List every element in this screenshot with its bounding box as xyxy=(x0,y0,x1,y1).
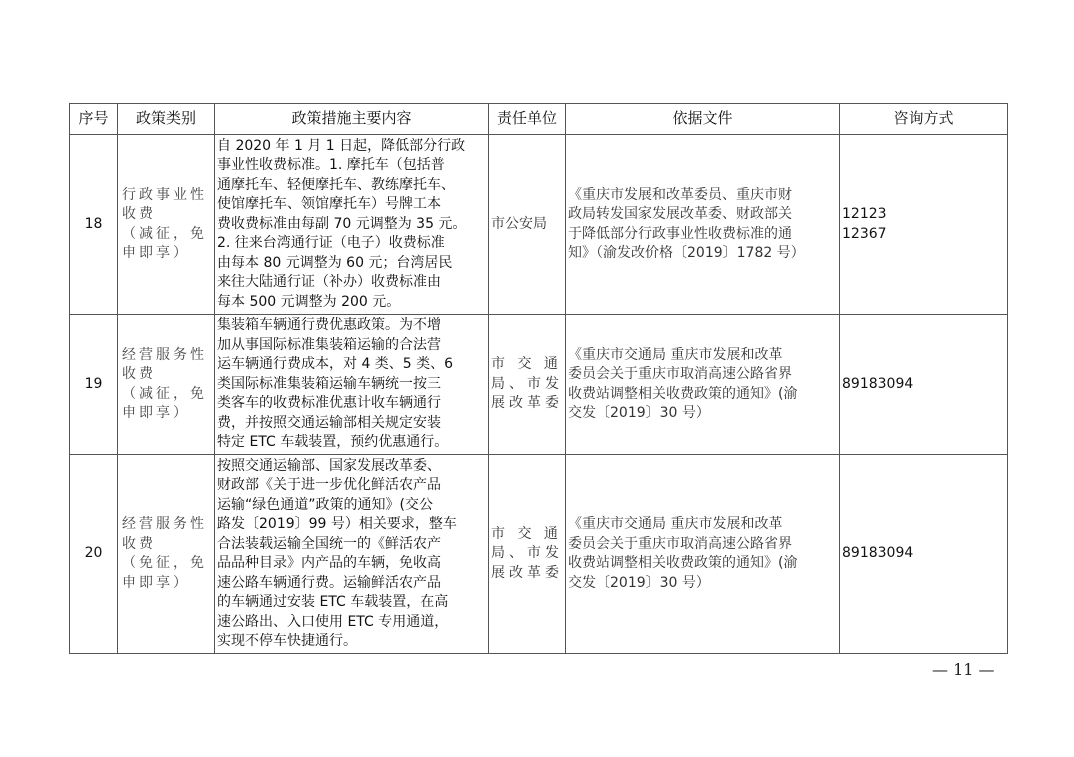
content-line: 速公路车辆通行费。运输鲜活农产品 xyxy=(217,574,486,594)
content-line: 使馆摩托车、领馆摩托车）号牌工本 xyxy=(217,195,486,215)
content-line: 合法装载运输全国统一的《鲜活农产 xyxy=(217,535,486,555)
content-line: 运车辆通行费成本，对 4 类、5 类、6 xyxy=(217,355,486,375)
page-number: — 11 — xyxy=(932,660,995,679)
table-row: 20 经营服务性 收费 （免征，免 申即享） 按照交通运输部、国家发展改革委、 … xyxy=(70,455,1008,654)
content-line: 费，并按照交通运输部相关规定安装 xyxy=(217,414,486,434)
document-line: 收费站调整相关收费政策的通知》(渝 xyxy=(568,554,837,574)
table-header-row: 序号 政策类别 政策措施主要内容 责任单位 依据文件 咨询方式 xyxy=(70,104,1008,135)
document-line: 《重庆市交通局 重庆市发展和改革 xyxy=(568,515,837,535)
category-line: 收费 xyxy=(122,535,212,555)
category-line: （减征，免 xyxy=(122,385,212,405)
policy-table: 序号 政策类别 政策措施主要内容 责任单位 依据文件 咨询方式 18 行政事业性… xyxy=(69,103,1008,654)
content-line: 路发〔2019〕99 号）相关要求，整车 xyxy=(217,515,486,535)
header-basis-document: 依据文件 xyxy=(566,104,840,135)
content-line: 类客车的收费标准优惠计收车辆通行 xyxy=(217,394,486,414)
row-policy-content: 集装箱车辆通行费优惠政策。为不增 加从事国际标准集装箱运输的合法营 运车辆通行费… xyxy=(215,315,489,455)
unit-line: 市 交 通 xyxy=(491,355,563,375)
content-line: 费收费标准由每副 70 元调整为 35 元。 xyxy=(217,215,486,235)
content-line: 实现不停车快捷通行。 xyxy=(217,632,486,652)
row-policy-content: 自 2020 年 1 月 1 日起，降低部分行政 事业性收费标准。1. 摩托车（… xyxy=(215,135,489,315)
document-line: 交发〔2019〕30 号） xyxy=(568,574,837,594)
category-line: 申即享） xyxy=(122,404,212,424)
document-line: 于降低部分行政事业性收费标准的通 xyxy=(568,225,837,245)
table-row: 19 经营服务性 收费 （减征，免 申即享） 集装箱车辆通行费优惠政策。为不增 … xyxy=(70,315,1008,455)
category-line: 申即享） xyxy=(122,574,212,594)
document-line: 《重庆市发展和改革委员、重庆市财 xyxy=(568,186,837,206)
category-line: （免征，免 xyxy=(122,554,212,574)
document-line: 政局转发国家发展改革委、财政部关 xyxy=(568,205,837,225)
row-basis-document: 《重庆市发展和改革委员、重庆市财 政局转发国家发展改革委、财政部关 于降低部分行… xyxy=(566,135,840,315)
row-contact: 89183094 xyxy=(840,455,1008,654)
row-serial-no: 18 xyxy=(70,135,118,315)
row-responsible-unit: 市公安局 xyxy=(489,135,566,315)
document-line: 《重庆市交通局 重庆市发展和改革 xyxy=(568,346,837,366)
row-basis-document: 《重庆市交通局 重庆市发展和改革 委员会关于重庆市取消高速公路省界 收费站调整相… xyxy=(566,455,840,654)
table-row: 18 行政事业性 收费 （减征，免 申即享） 自 2020 年 1 月 1 日起… xyxy=(70,135,1008,315)
content-line: 速公路出、入口使用 ETC 专用通道， xyxy=(217,613,486,633)
category-line: 经营服务性 xyxy=(122,515,212,535)
contact-phone: 89183094 xyxy=(842,375,1005,395)
document-line: 知》（渝发改价格〔2019〕1782 号） xyxy=(568,244,837,264)
contact-phone: 12367 xyxy=(842,225,1005,245)
header-policy-content: 政策措施主要内容 xyxy=(215,104,489,135)
header-contact: 咨询方式 xyxy=(840,104,1008,135)
content-line: 2. 往来台湾通行证（电子）收费标准 xyxy=(217,234,486,254)
category-line: 行政事业性 xyxy=(122,186,212,206)
unit-line: 局、市发 xyxy=(491,375,563,395)
content-line: 运输“绿色通道”政策的通知》(交公 xyxy=(217,496,486,516)
category-line: 收费 xyxy=(122,365,212,385)
header-policy-category: 政策类别 xyxy=(118,104,215,135)
header-responsible-unit: 责任单位 xyxy=(489,104,566,135)
row-serial-no: 19 xyxy=(70,315,118,455)
category-line: 经营服务性 xyxy=(122,346,212,366)
category-line: 收费 xyxy=(122,205,212,225)
unit-line: 展改革委 xyxy=(491,564,563,584)
category-line: 申即享） xyxy=(122,244,212,264)
content-line: 通摩托车、轻便摩托车、教练摩托车、 xyxy=(217,176,486,196)
document-line: 委员会关于重庆市取消高速公路省界 xyxy=(568,365,837,385)
row-serial-no: 20 xyxy=(70,455,118,654)
row-policy-category: 经营服务性 收费 （减征，免 申即享） xyxy=(118,315,215,455)
unit-line: 局、市发 xyxy=(491,544,563,564)
row-contact: 12123 12367 xyxy=(840,135,1008,315)
row-basis-document: 《重庆市交通局 重庆市发展和改革 委员会关于重庆市取消高速公路省界 收费站调整相… xyxy=(566,315,840,455)
document-line: 收费站调整相关收费政策的通知》(渝 xyxy=(568,385,837,405)
content-line: 事业性收费标准。1. 摩托车（包括普 xyxy=(217,156,486,176)
category-line: （减征，免 xyxy=(122,225,212,245)
contact-phone: 89183094 xyxy=(842,544,1005,564)
unit-line: 市公安局 xyxy=(491,215,563,235)
content-line: 类国际标准集装箱运输车辆统一按三 xyxy=(217,375,486,395)
content-line: 自 2020 年 1 月 1 日起，降低部分行政 xyxy=(217,137,486,157)
content-line: 特定 ETC 车载装置，预约优惠通行。 xyxy=(217,433,486,453)
unit-line: 市 交 通 xyxy=(491,525,563,545)
row-contact: 89183094 xyxy=(840,315,1008,455)
content-line: 品品种目录》内产品的车辆，免收高 xyxy=(217,554,486,574)
content-line: 来往大陆通行证（补办）收费标准由 xyxy=(217,273,486,293)
row-policy-content: 按照交通运输部、国家发展改革委、 财政部《关于进一步优化鲜活农产品 运输“绿色通… xyxy=(215,455,489,654)
unit-line: 展改革委 xyxy=(491,394,563,414)
row-policy-category: 行政事业性 收费 （减征，免 申即享） xyxy=(118,135,215,315)
content-line: 每本 500 元调整为 200 元。 xyxy=(217,293,486,313)
content-line: 集装箱车辆通行费优惠政策。为不增 xyxy=(217,316,486,336)
document-line: 交发〔2019〕30 号） xyxy=(568,404,837,424)
content-line: 由每本 80 元调整为 60 元；台湾居民 xyxy=(217,254,486,274)
row-policy-category: 经营服务性 收费 （免征，免 申即享） xyxy=(118,455,215,654)
content-line: 加从事国际标准集装箱运输的合法营 xyxy=(217,336,486,356)
content-line: 的车辆通过安装 ETC 车载装置，在高 xyxy=(217,593,486,613)
document-line: 委员会关于重庆市取消高速公路省界 xyxy=(568,535,837,555)
row-responsible-unit: 市 交 通 局、市发 展改革委 xyxy=(489,315,566,455)
contact-phone: 12123 xyxy=(842,205,1005,225)
content-line: 财政部《关于进一步优化鲜活农产品 xyxy=(217,476,486,496)
header-serial-no: 序号 xyxy=(70,104,118,135)
content-line: 按照交通运输部、国家发展改革委、 xyxy=(217,457,486,477)
row-responsible-unit: 市 交 通 局、市发 展改革委 xyxy=(489,455,566,654)
